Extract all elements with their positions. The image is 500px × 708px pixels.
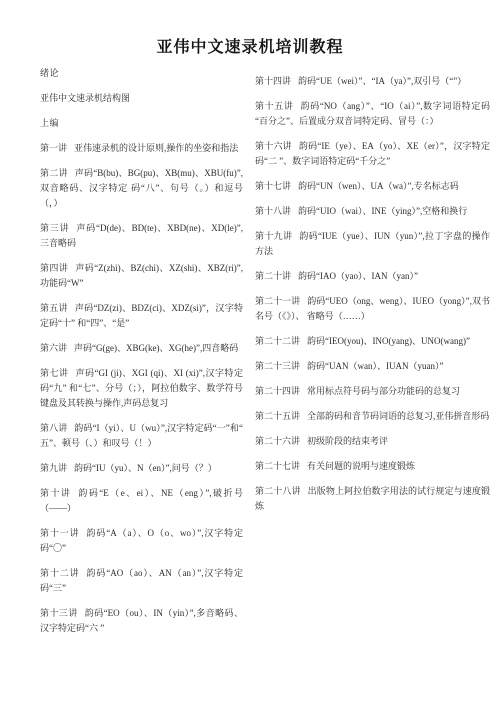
toc-entry: 第十二讲韵码“AO（ao）、AN（an）”,汉字特定码“三” <box>40 566 243 596</box>
lecture-text: 声码“B(bu)、BG(pu)、XB(mu)、XBU(fu)”,双音略码、汉字特… <box>40 168 243 208</box>
lecture-text: 声码“Z(zhi)、BZ(chi)、XZ(shi)、XBZ(ri)”,功能码“W… <box>40 263 243 288</box>
lecture-number: 第十五讲 <box>255 101 294 111</box>
document-title: 亚伟中文速录机培训教程 <box>0 0 500 57</box>
lecture-number: 第十一讲 <box>40 528 79 538</box>
toc-entry: 第八讲韵码“I（yi）、U（wu）”,汉字特定码“一”和“ 五”、顿号（、）和叹… <box>40 421 243 451</box>
toc-entry: 第十六讲韵码“IE（ye）、EA（yo）、XE（er）”，汉字特定码“二 ”、数… <box>255 139 490 169</box>
lecture-text: 初级阶段的结束考评 <box>307 436 388 446</box>
toc-entry: 第十九讲韵码“IUE（yue）、IUN（yun）”,拉丁字盘的操作方法 <box>255 229 490 259</box>
lecture-text: 常用标点符号码与部分功能码的总复习 <box>307 386 460 396</box>
lecture-number: 第八讲 <box>40 423 67 433</box>
lecture-number: 第二十二讲 <box>255 336 300 346</box>
lecture-number: 第二十六讲 <box>255 436 300 446</box>
lecture-text: 韵码“I（yi）、U（wu）”,汉字特定码“一”和“ 五”、顿号（、）和叹号（！… <box>40 423 243 448</box>
toc-entry: 第十四讲韵码“UE（wei）”、“IA（ya）”,双引号（“”） <box>255 74 490 89</box>
lecture-text: 韵码“UAN（wan）、IUAN（yuan）” <box>307 361 443 371</box>
toc-entry: 第二讲声码“B(bu)、BG(pu)、XB(mu)、XBU(fu)”,双音略码、… <box>40 166 243 211</box>
lecture-number: 第五讲 <box>40 303 68 313</box>
toc-entry: 第九讲韵码“IU（yu）、N（en）”,问号（？） <box>40 461 243 476</box>
lecture-text: 韵码“IAO（yao）、IAN（yan）” <box>298 271 418 281</box>
lecture-number: 第二十七讲 <box>255 461 300 471</box>
toc-entry: 第二十四讲常用标点符号码与部分功能码的总复习 <box>255 384 490 399</box>
toc-left-column: 绪论 亚伟中文速录机结构图 上编 第一讲亚伟速录机的设计原则,操作的坐姿和指法 … <box>40 66 243 646</box>
lecture-number: 第十四讲 <box>255 76 291 86</box>
lecture-number: 第十八讲 <box>255 206 291 216</box>
toc-entry: 第二十五讲全部韵码和音节码词语的总复习,亚伟拼音形码 <box>255 409 490 424</box>
toc-entry: 第二十讲韵码“IAO（yao）、IAN（yan）” <box>255 269 490 284</box>
toc-entry: 第十八讲韵码“UIO（wai）、INE（ying）”,空格和换行 <box>255 204 490 219</box>
toc-section-part1: 上编 <box>40 116 243 131</box>
toc-entry: 第四讲声码“Z(zhi)、BZ(chi)、XZ(shi)、XBZ(ri)”,功能… <box>40 261 243 291</box>
lecture-text: 韵码“UIO（wai）、INE（ying）”,空格和换行 <box>298 206 467 216</box>
toc-entry: 第二十一讲韵码“UEO（ong、weng）、IUEO（yong）”,双书名号（《… <box>255 294 490 324</box>
toc-entry: 第六讲声码“G(ge)、XBG(ke)、XG(he)”,四音略码 <box>40 341 243 356</box>
lecture-text: 亚伟速录机的设计原则,操作的坐姿和指法 <box>74 143 238 153</box>
lecture-number: 第二十三讲 <box>255 361 300 371</box>
lecture-text: 全部韵码和音节码词语的总复习,亚伟拼音形码 <box>307 411 489 421</box>
toc-columns: 绪论 亚伟中文速录机结构图 上编 第一讲亚伟速录机的设计原则,操作的坐姿和指法 … <box>0 66 500 646</box>
lecture-text: 声码“DZ(zi)、BDZ(ci)、XDZ(si)”，汉字特定码“十” 和“四”… <box>40 303 243 328</box>
lecture-text: 韵码“UN（wen）、UA（wa）”,专名标志码 <box>298 181 459 191</box>
toc-entry: 第二十二讲韵码“IEO(you)、INO(yang)、UNO(wang)” <box>255 334 490 349</box>
lecture-number: 第二讲 <box>40 168 68 178</box>
lecture-text: 韵码“IU（yu）、N（en）”,问号（？） <box>74 463 217 473</box>
lecture-number: 第九讲 <box>40 463 67 473</box>
lecture-text: 韵码“UE（wei）”、“IA（ya）”,双引号（“”） <box>298 76 466 86</box>
toc-entry: 第三讲声码“D(de)、BD(te)、XBD(ne)、XD(le)”,三音略码 <box>40 221 243 251</box>
lecture-number: 第二十四讲 <box>255 386 300 396</box>
toc-section-intro: 绪论 <box>40 66 243 81</box>
lecture-number: 第十九讲 <box>255 231 292 241</box>
toc-entry: 第二十三讲韵码“UAN（wan）、IUAN（yuan）” <box>255 359 490 374</box>
lecture-text: 声码“GI (ji)、XGI (qi)、XI (xi)”,汉字特定码“九” 和“… <box>40 368 243 408</box>
lecture-number: 第十二讲 <box>40 568 80 578</box>
lecture-number: 第十六讲 <box>255 141 292 151</box>
toc-entry: 第十七讲韵码“UN（wen）、UA（wa）”,专名标志码 <box>255 179 490 194</box>
lecture-number: 第三讲 <box>40 223 69 233</box>
toc-entry: 第十一讲韵码“A（a）、O（o、wo）”,汉字特定码“〇” <box>40 526 243 556</box>
lecture-number: 第二十一讲 <box>255 296 300 306</box>
lecture-text: 声码“D(de)、BD(te)、XBD(ne)、XD(le)”,三音略码 <box>40 223 243 248</box>
lecture-number: 第四讲 <box>40 263 68 273</box>
toc-entry: 第二十六讲初级阶段的结束考评 <box>255 434 490 449</box>
lecture-text: 声码“G(ge)、XBG(ke)、XG(he)”,四音略码 <box>74 343 238 353</box>
lecture-number: 第一讲 <box>40 143 67 153</box>
toc-entry: 第十五讲韵码“NO（ang）”、“IO（ai）”,数字词语特定码 “百分之”、后… <box>255 99 490 129</box>
lecture-number: 第二十八讲 <box>255 486 301 496</box>
lecture-number: 第十讲 <box>40 488 71 498</box>
lecture-number: 第二十五讲 <box>255 411 300 421</box>
lecture-number: 第七讲 <box>40 368 69 378</box>
toc-item-structure-diagram: 亚伟中文速录机结构图 <box>40 91 243 106</box>
lecture-text: 有关问题的说明与速度锻炼 <box>307 461 415 471</box>
lecture-number: 第六讲 <box>40 343 67 353</box>
lecture-text: 韵码“IEO(you)、INO(yang)、UNO(wang)” <box>307 336 470 346</box>
document-page: 亚伟中文速录机培训教程 绪论 亚伟中文速录机结构图 上编 第一讲亚伟速录机的设计… <box>0 0 500 708</box>
lecture-number: 第十三讲 <box>40 608 78 618</box>
lecture-number: 第二十讲 <box>255 271 291 281</box>
toc-entry: 第二十八讲出版物上阿拉伯数字用法的试行规定与速度锻炼 <box>255 484 490 514</box>
toc-entry: 第二十七讲有关问题的说明与速度锻炼 <box>255 459 490 474</box>
toc-entry: 第十三讲韵码“EO（ou）、IN（yin）”,多音略码、汉字特定码“六 ” <box>40 606 243 636</box>
toc-entry: 第七讲声码“GI (ji)、XGI (qi)、XI (xi)”,汉字特定码“九”… <box>40 366 243 411</box>
toc-entry: 第一讲亚伟速录机的设计原则,操作的坐姿和指法 <box>40 141 243 156</box>
toc-entry: 第五讲声码“DZ(zi)、BDZ(ci)、XDZ(si)”，汉字特定码“十” 和… <box>40 301 243 331</box>
toc-entry: 第十讲韵码“E（e、ei）、NE（eng）”,破折号（——） <box>40 486 243 516</box>
lecture-number: 第十七讲 <box>255 181 291 191</box>
toc-right-column: 第十四讲韵码“UE（wei）”、“IA（ya）”,双引号（“”） 第十五讲韵码“… <box>255 66 490 646</box>
